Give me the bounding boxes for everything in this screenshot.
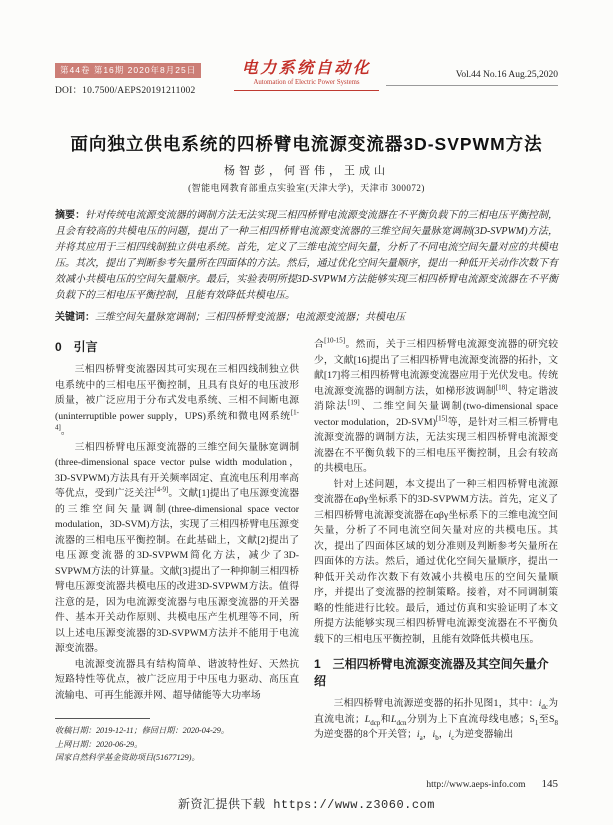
- abstract-text: 针对传统电流源变流器的调制方法无法实现三相四桥臂电流源变流器在不平衡负载下的三相…: [55, 210, 558, 301]
- journal-page: 第44卷 第16期 2020年8月25日 DOI：10.7500/AEPS201…: [0, 0, 613, 825]
- doi-text: DOI：10.7500/AEPS20191211002: [55, 82, 227, 96]
- body-columns: 0 引言 三相四桥臂变流器因其可实现在三相四线制独立供电系统中的三相电压平衡控制…: [55, 337, 558, 743]
- paragraph: 三相四桥臂电流源逆变器的拓扑见图1，其中：idc为直流电流；Ldcp和Ldcn分…: [314, 696, 558, 743]
- paper-title: 面向独立供电系统的四桥臂电流源变流器3D-SVPWM方法: [55, 132, 558, 156]
- paragraph: 三相四桥臂变流器因其可实现在三相四线制独立供电系统中的三相电压平衡控制，且具有良…: [55, 362, 299, 440]
- journal-name-cn: 电力系统自动化: [242, 60, 372, 78]
- header-right: Vol.44 No.16 Aug.25,2020: [386, 60, 558, 86]
- affiliation: (智能电网教育部重点实验室(天津大学)，天津市 300072): [55, 182, 558, 194]
- page-number: 145: [542, 778, 559, 790]
- footnote: 收稿日期：2019-12-11；修回日期：2020-04-29。 上网日期：20…: [55, 718, 299, 765]
- authors: 杨智彭，何晋伟，王成山: [55, 164, 558, 179]
- footnote-rule: [55, 718, 150, 719]
- section-1-heading: 1 三相四桥臂电流源变流器及其空间矢量介绍: [314, 656, 558, 690]
- watermark: 新资汇提供下载 https://www.z3060.com: [0, 795, 613, 812]
- page-header: 第44卷 第16期 2020年8月25日 DOI：10.7500/AEPS201…: [55, 60, 558, 102]
- paragraph: 针对上述问题，本文提出了一种三相四桥臂电流源变流器在αβγ坐标系下的3D-SVP…: [314, 477, 558, 648]
- section-0-heading: 0 引言: [55, 339, 299, 356]
- keywords-text: 三维空间矢量脉宽调制；三相四桥臂变流器；电流源变流器；共模电压: [95, 312, 405, 323]
- paragraph: 电流源变流器具有结构简单、谐波特性好、天然抗短路特性等优点，被广泛应用于中压电力…: [55, 657, 299, 704]
- keywords: 关键词：三维空间矢量脉宽调制；三相四桥臂变流器；电流源变流器；共模电压: [55, 310, 558, 325]
- paragraph: 合[10-15]。然而，关于三相四桥臂电流源变流器的研究较少，文献[16]提出了…: [314, 337, 558, 477]
- journal-url: http://www.aeps-info.com: [426, 780, 525, 790]
- journal-logo: 电力系统自动化 Automation of Electric Power Sys…: [234, 60, 380, 91]
- keywords-label: 关键词：: [55, 312, 95, 323]
- funding-note: 国家自然科学基金资助项目(51677129)。: [55, 751, 299, 765]
- left-column: 0 引言 三相四桥臂变流器因其可实现在三相四线制独立供电系统中的三相电压平衡控制…: [55, 337, 299, 743]
- page-footer: http://www.aeps-info.com145: [426, 778, 558, 790]
- online-date: 上网日期：2020-06-29。: [55, 738, 299, 752]
- abstract: 摘要：针对传统电流源变流器的调制方法无法实现三相四桥臂电流源变流器在不平衡负载下…: [55, 208, 558, 304]
- received-date: 收稿日期：2019-12-11；修回日期：2020-04-29。: [55, 724, 299, 738]
- journal-name-en: Automation of Electric Power Systems: [242, 79, 372, 87]
- right-column: 合[10-15]。然而，关于三相四桥臂电流源变流器的研究较少，文献[16]提出了…: [314, 337, 558, 743]
- volume-info: Vol.44 No.16 Aug.25,2020: [386, 70, 558, 86]
- abstract-label: 摘要：: [55, 210, 85, 221]
- header-left: 第44卷 第16期 2020年8月25日 DOI：10.7500/AEPS201…: [55, 60, 227, 96]
- issue-box: 第44卷 第16期 2020年8月25日: [55, 63, 201, 78]
- paragraph: 三相四桥臂电压源变流器的三维空间矢量脉宽调制(three-dimensional…: [55, 440, 299, 657]
